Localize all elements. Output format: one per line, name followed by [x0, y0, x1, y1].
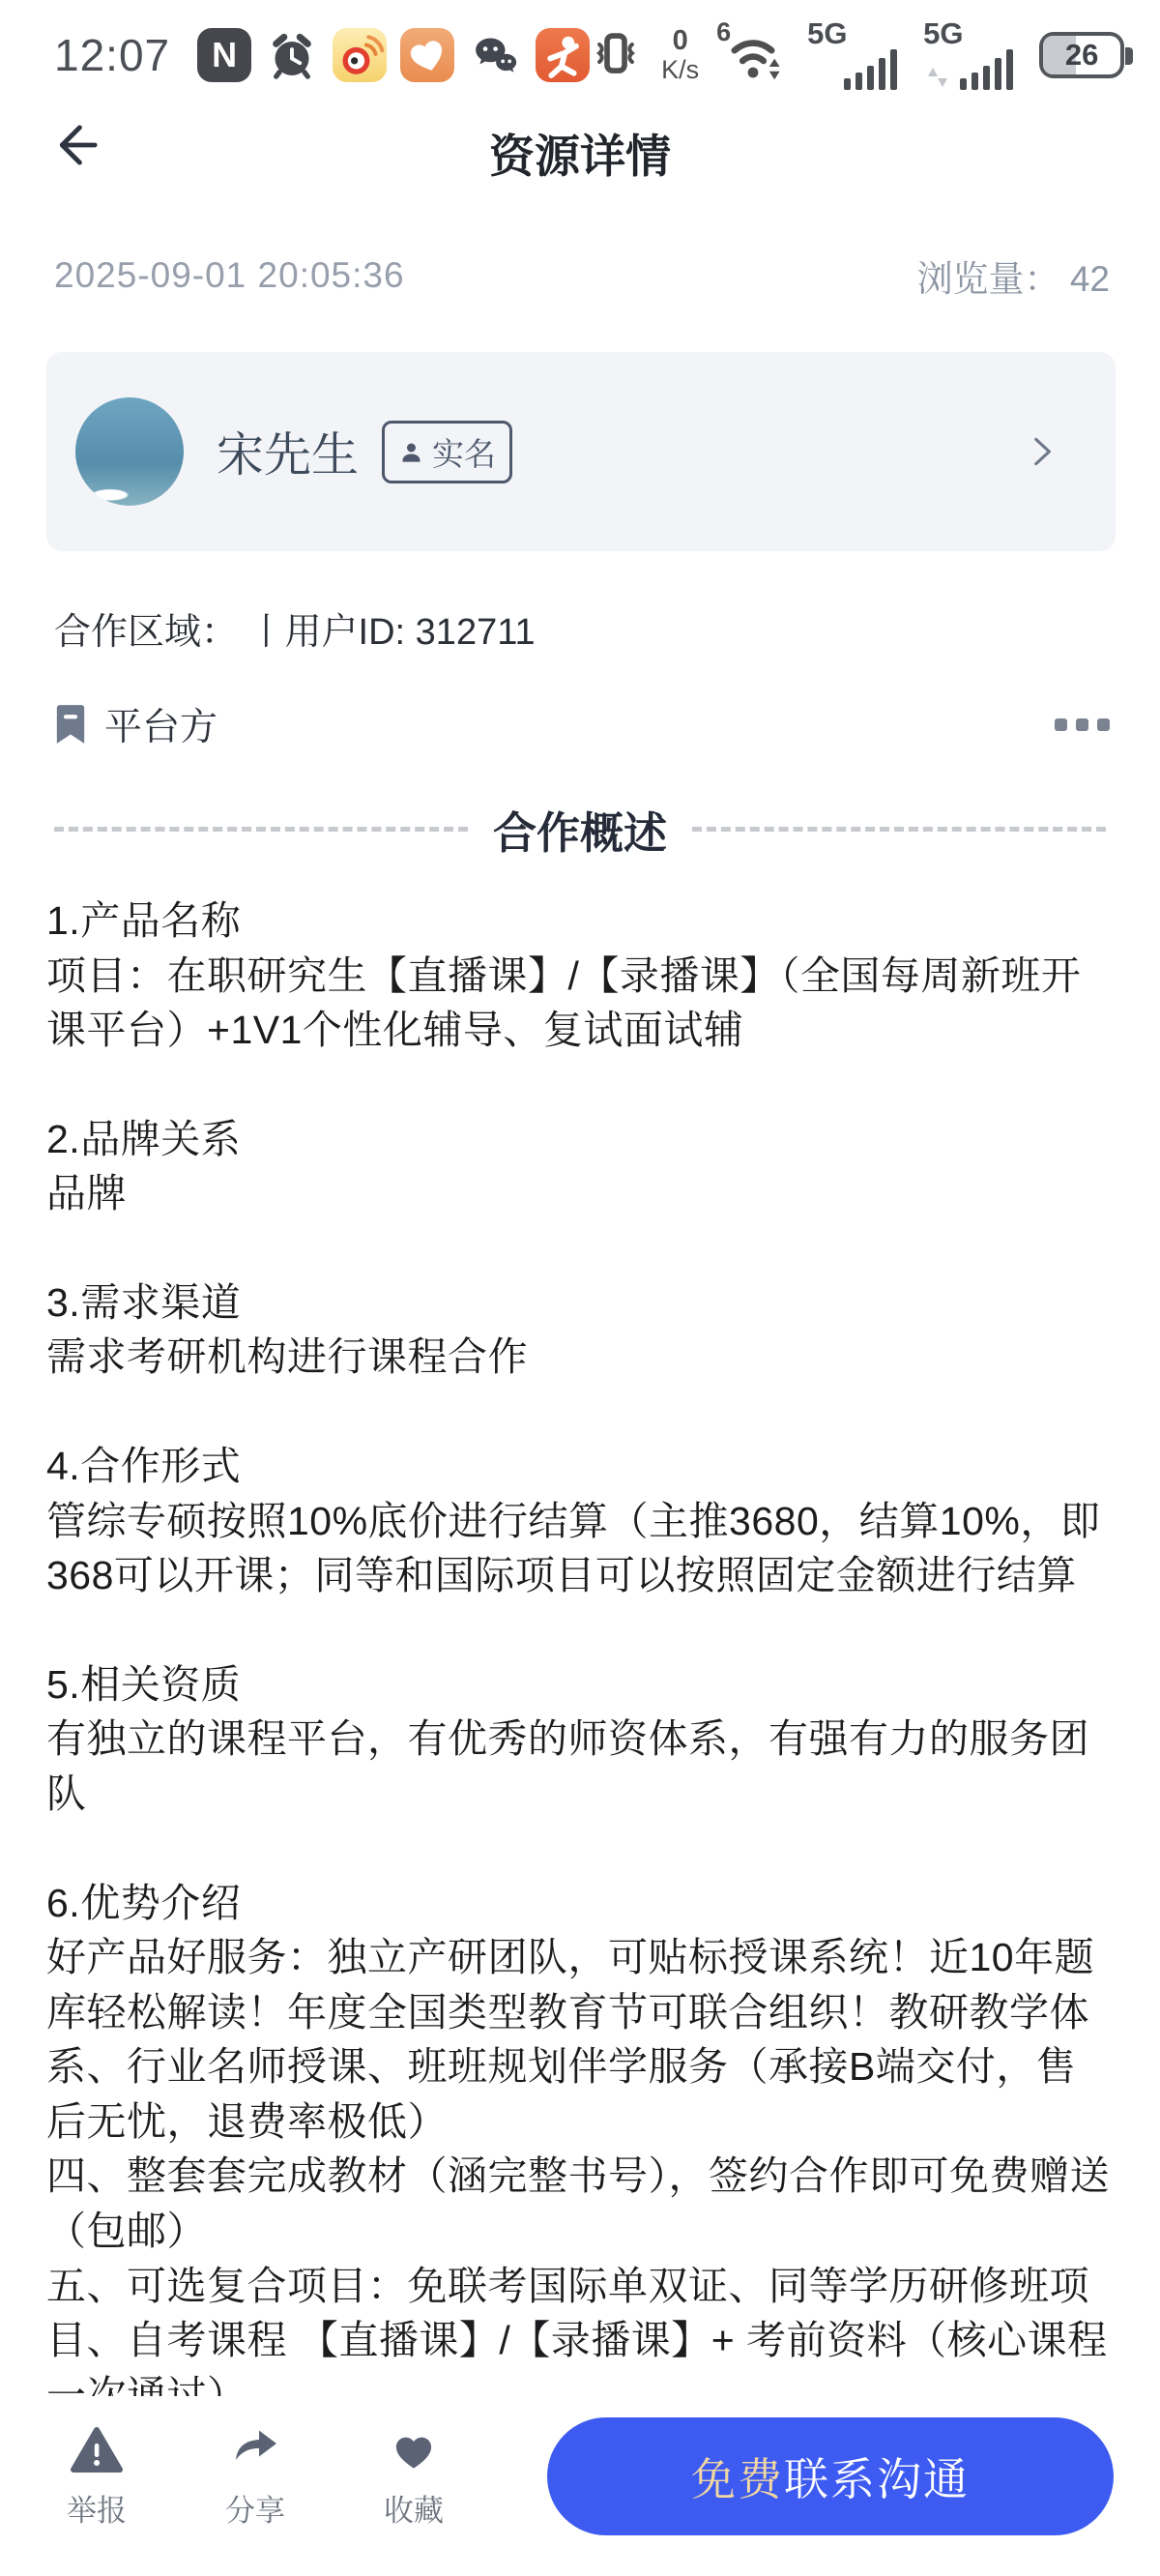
meta-row: 2025-09-01 20:05:36 浏览量： 42	[54, 249, 1110, 302]
wechat-icon	[468, 28, 522, 82]
wifi-icon: 6	[718, 21, 788, 89]
nav-header: 资源详情	[0, 97, 1160, 209]
network-speed: 0 K/s	[661, 27, 699, 83]
divider-line-right	[692, 827, 1106, 832]
section-divider: 合作概述	[54, 798, 1106, 861]
real-name-badge-label: 实名	[432, 429, 496, 475]
overview-section: 5.相关资质 有独立的课程平台，有优秀的师资体系，有强有力的服务团队	[46, 1657, 1114, 1822]
role-tag-label: 平台方	[104, 697, 217, 751]
wifi-band-badge: 6	[716, 17, 731, 47]
more-options-icon[interactable]	[1055, 718, 1110, 731]
heart-icon	[386, 2423, 442, 2477]
sim1-signal-icon: 5G	[807, 16, 904, 94]
overview-section: 3.需求渠道 需求考研机构进行课程合作	[46, 1275, 1114, 1385]
overview-section: 2.品牌关系 品牌	[46, 1112, 1114, 1221]
heart-app-icon	[400, 28, 454, 82]
contact-button-text: 联系沟通	[784, 2444, 970, 2508]
view-count: 浏览量： 42	[917, 249, 1110, 302]
chevron-right-icon	[1021, 431, 1061, 472]
warning-triangle-icon	[69, 2423, 125, 2477]
overview-section: 4.合作形式 管综专硕按照10%底价进行结算（主推3680，结算10%，即368…	[46, 1439, 1114, 1603]
favorite-label: 收藏	[384, 2486, 444, 2530]
sim2-signal-icon: 5G	[923, 16, 1020, 94]
overview-section: 1.产品名称 项目：在职研究生【直播课】/【录播课】（全国每周新班开课平台）+1…	[46, 893, 1114, 1058]
network-speed-value: 0	[673, 27, 688, 55]
back-button[interactable]	[43, 110, 112, 180]
weibo-app-icon	[333, 28, 387, 82]
dancing-person-app-icon	[536, 28, 590, 82]
tag-row: 平台方	[54, 697, 1110, 751]
report-button[interactable]: 举报	[46, 2423, 147, 2530]
status-time: 12:07	[54, 29, 170, 81]
contact-button-free-text: 免费	[691, 2444, 784, 2508]
favorite-button[interactable]: 收藏	[363, 2423, 464, 2530]
status-left: 12:07 N	[54, 28, 590, 82]
avatar	[75, 397, 184, 506]
alarm-clock-icon	[265, 28, 319, 82]
report-label: 举报	[67, 2486, 127, 2530]
real-name-badge: 实名	[382, 421, 512, 483]
user-card[interactable]: 宋先生 实名	[46, 352, 1116, 551]
share-button[interactable]: 分享	[205, 2423, 305, 2530]
share-label: 分享	[225, 2486, 285, 2530]
person-icon	[398, 439, 424, 465]
publish-datetime: 2025-09-01 20:05:36	[54, 255, 405, 296]
battery-percent: 26	[1065, 38, 1098, 73]
battery-icon: 26	[1039, 32, 1124, 78]
share-arrow-icon	[226, 2423, 284, 2477]
bottom-action-bar: 举报 分享 收藏 免费 联系沟通	[0, 2396, 1160, 2576]
section-title: 合作概述	[493, 798, 667, 861]
region-and-userid: 合作区域： 丨用户ID: 312711	[54, 601, 1106, 655]
contact-button[interactable]: 免费 联系沟通	[547, 2417, 1114, 2535]
status-right: 0 K/s 6 5G	[590, 16, 1124, 94]
bookmark-icon	[54, 703, 87, 746]
nfc-icon: N	[197, 28, 251, 82]
user-name: 宋先生	[217, 418, 359, 485]
resource-detail-screen: 12:07 N	[0, 0, 1160, 2576]
overview-section: 6.优势介绍 好产品好服务：独立产研团队，可贴标授课系统！近10年题库轻松解读！…	[46, 1876, 1114, 2423]
overview-body: 1.产品名称 项目：在职研究生【直播课】/【录播课】（全国每周新班开课平台）+1…	[46, 893, 1114, 2422]
page-title: 资源详情	[0, 121, 1160, 186]
network-speed-unit: K/s	[661, 57, 699, 83]
status-bar: 12:07 N	[0, 0, 1160, 97]
divider-line-left	[54, 827, 468, 832]
vibrate-icon	[590, 27, 642, 84]
